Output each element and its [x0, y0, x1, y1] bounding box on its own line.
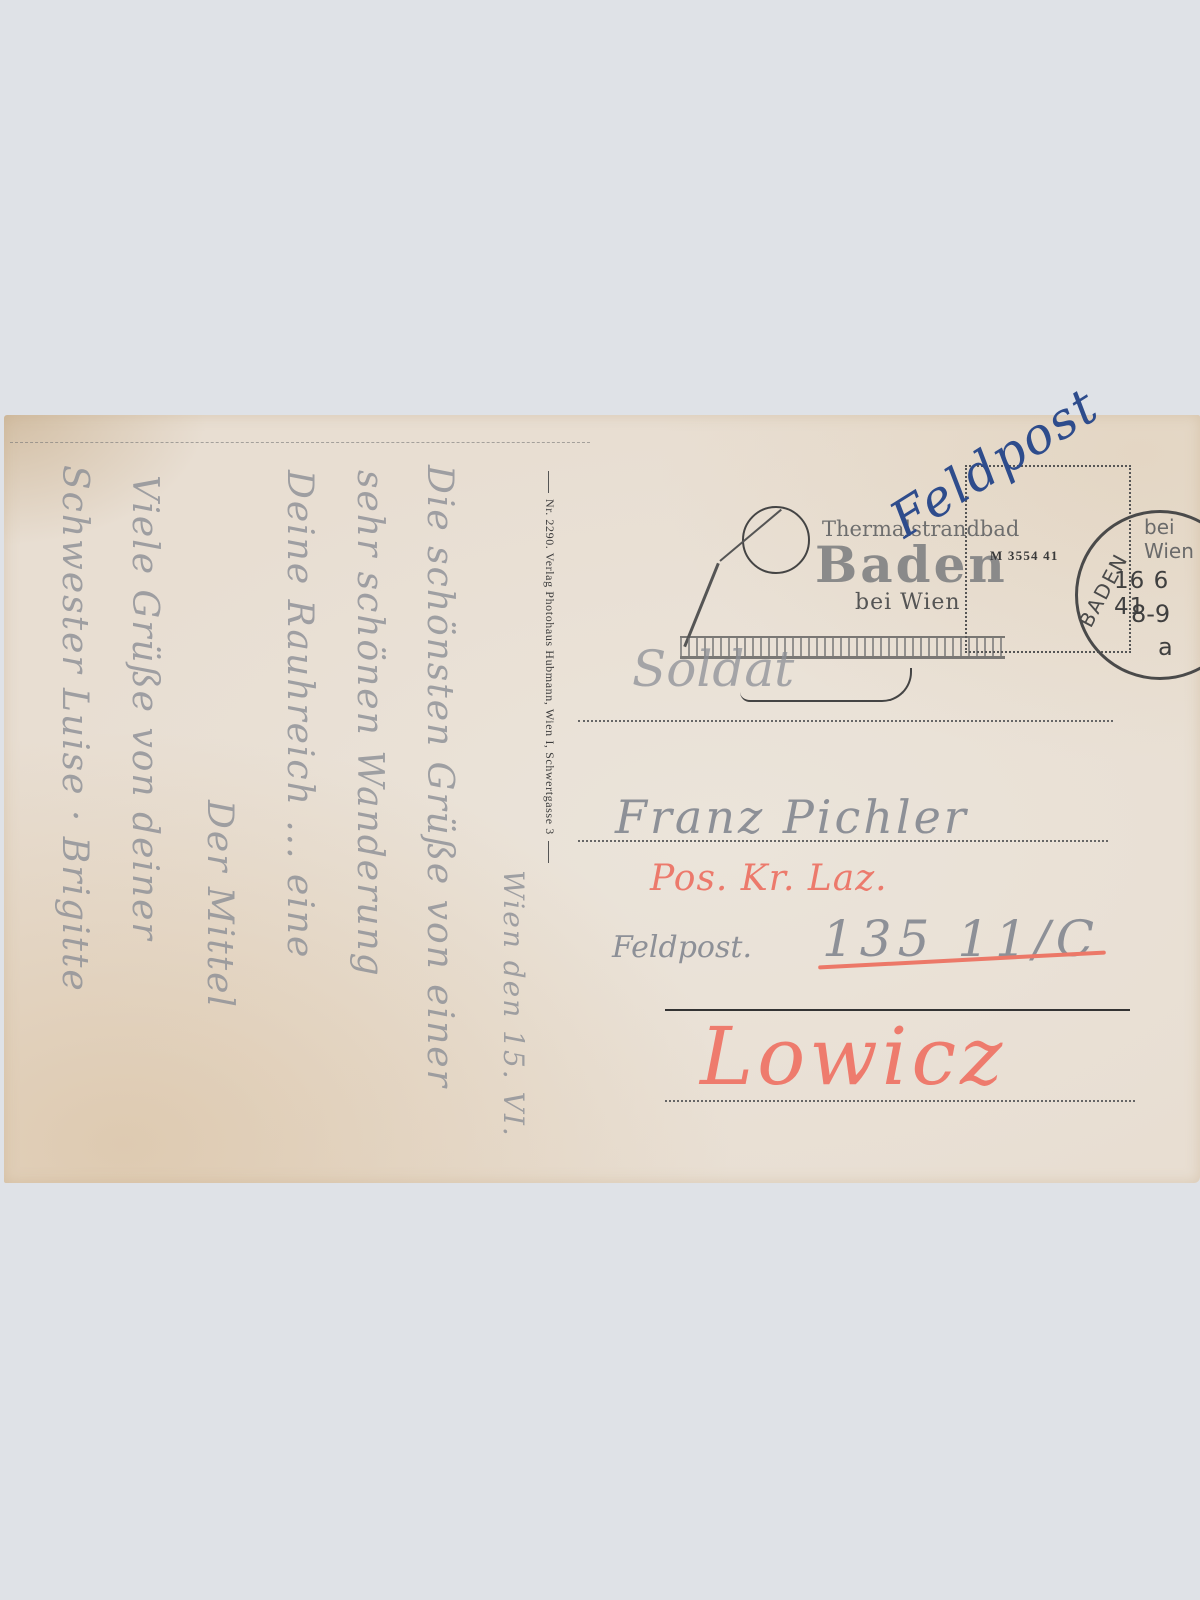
message-line: Die schönsten Grüße von einer: [419, 465, 460, 1089]
recipient-city: Lowicz: [700, 1010, 1006, 1103]
message-line: Deine Rauhreich ... eine: [279, 470, 320, 959]
slogan-line-3: bei Wien: [855, 590, 961, 615]
message-line: Der Mittel: [199, 800, 240, 1009]
feldpost-label: Feldpost.: [612, 930, 752, 965]
recipient-name: Franz Pichler: [615, 790, 969, 844]
message-line: Schwester Luise · Brigitte: [54, 465, 95, 993]
pencil-sender-annotation: Soldat: [632, 640, 794, 698]
postmark-letter: a: [1158, 633, 1173, 661]
message-line: sehr schönen Wanderung: [349, 470, 390, 978]
postmark-time: 8-9: [1131, 600, 1170, 628]
publisher-imprint: Nr. 2290. Verlag Photohaus Hubmann, Wien…: [542, 465, 557, 869]
address-line-1: [578, 720, 1113, 722]
message-dateline: Wien den 15. VI.: [497, 870, 530, 1138]
top-edge-line: [10, 442, 590, 443]
message-line: Viele Grüße von deiner: [124, 475, 165, 942]
ball-illustration: [742, 506, 810, 574]
stamp-box-code: M 3554 41: [990, 548, 1059, 564]
postmark-suffix: bei Wien: [1144, 515, 1200, 563]
recipient-unit: Pos. Kr. Laz.: [650, 858, 888, 899]
